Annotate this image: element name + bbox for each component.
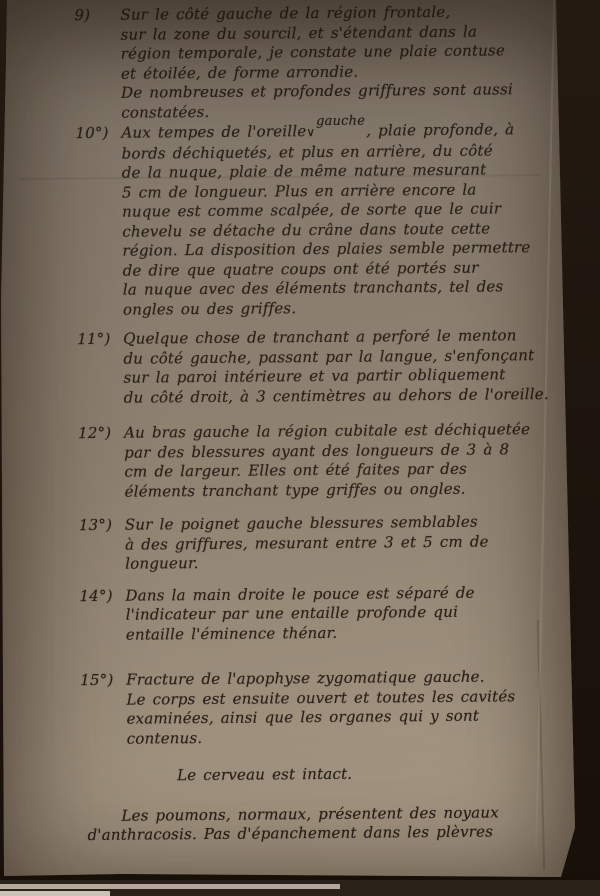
inserted-word: gauche <box>316 114 365 129</box>
item-number: 12°) <box>78 424 124 444</box>
handwritten-line: longueur. <box>125 551 555 574</box>
handwritten-line: d'anthracosis. Pas d'épanchement dans le… <box>88 822 558 846</box>
handwritten-line: du côté droit, à 3 centimètres au dehors… <box>124 384 554 407</box>
report-item-14: 14°) Dans la main droite le pouce est sé… <box>79 582 555 645</box>
item-number: 11°) <box>77 330 123 350</box>
page-bottom-edge <box>0 880 600 896</box>
handwritten-line: entaille l'éminence thénar. <box>126 621 556 644</box>
closing-note-lungs: Les poumons, normaux, présentent des noy… <box>81 802 557 845</box>
item-number: 13°) <box>79 516 125 536</box>
report-item-9: 9) Sur le côté gauche de la région front… <box>74 2 551 123</box>
report-item-12: 12°) Au bras gauche la région cubitale e… <box>78 420 555 502</box>
handwritten-line: région temporale, je constate une plaie … <box>121 41 551 64</box>
handwritten-line: la nuque avec des éléments tranchants, t… <box>123 277 553 300</box>
underlying-sheet-edge-2 <box>0 891 110 896</box>
handwritten-line: par des blessures ayant des longueurs de… <box>124 439 554 462</box>
insertion-caret: ∨ <box>306 125 315 139</box>
item-number: 9) <box>74 6 120 26</box>
line-start: Aux tempes de l'oreille <box>121 122 306 142</box>
report-item-10: 10°) Aux tempes de l'oreille∨gauche, pla… <box>75 120 553 320</box>
report-item-15: 15°) Fracture de l'apophyse zygomatique … <box>80 667 557 749</box>
closing-note-brain: Le cerveau est intact. <box>177 763 557 786</box>
handwritten-line: De nombreuses et profondes griffures son… <box>121 80 551 103</box>
item-number: 10°) <box>75 124 121 144</box>
handwritten-line: bords déchiquetés, et plus en arrière, d… <box>122 140 552 163</box>
underlying-sheet-edge <box>0 884 340 889</box>
handwritten-line: Le corps est ensuite ouvert et toutes le… <box>126 686 556 709</box>
line-end: , plaie profonde, à <box>366 120 514 139</box>
report-item-11: 11°) Quelque chose de tranchant a perfor… <box>77 326 554 408</box>
handwritten-line: contenus. <box>127 725 557 748</box>
handwritten-report: 9) Sur le côté gauche de la région front… <box>74 2 557 846</box>
handwritten-line: ongles ou des griffes. <box>123 296 553 319</box>
item-number: 14°) <box>79 586 125 606</box>
item-number: 15°) <box>80 671 126 691</box>
handwritten-line: région. La disposition des plaies semble… <box>122 238 552 261</box>
report-item-13: 13°) Sur le poignet gauche blessures sem… <box>79 512 555 575</box>
handwritten-line: éléments tranchant type griffes ou ongle… <box>125 478 555 501</box>
